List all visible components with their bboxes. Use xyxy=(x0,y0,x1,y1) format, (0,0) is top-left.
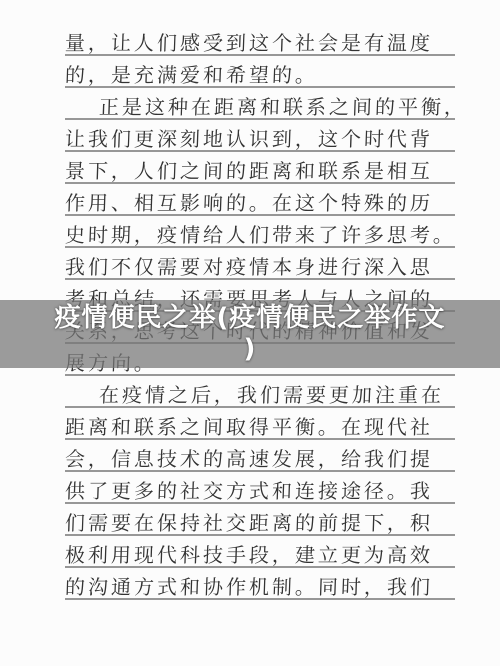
page-title: 疫情便民之举(疫情便民之举作文 xyxy=(55,303,446,334)
essay-page: 量，让人们感受到这个社会是有温度 的，是充满爱和希望的。 正是这种在距离和联系之… xyxy=(0,0,500,666)
handwritten-text: 在疫情之后，我们需要更加注重在 xyxy=(99,385,445,405)
essay-line-6: 作用、相互影响的。在这个特殊的历 xyxy=(65,184,455,216)
essay-line-4: 让我们更深刻地认识到，这个时代背 xyxy=(65,120,455,152)
handwritten-text: 量，让人们感受到这个社会是有温度 xyxy=(65,33,434,53)
essay-line-1: 量，让人们感受到这个社会是有温度 xyxy=(65,24,455,56)
essay-line-15: 供了更多的社交方式和连接途径。我 xyxy=(65,472,455,504)
handwritten-text: 的，是充满爱和希望的。 xyxy=(65,65,319,85)
handwritten-text: 我们不仅需要对疫情本身进行深入思 xyxy=(65,257,434,277)
handwritten-text: 让我们更深刻地认识到，这个时代背 xyxy=(65,129,434,149)
essay-line-13: 距离和联系之间取得平衡。在现代社 xyxy=(65,408,455,440)
essay-line-12: 在疫情之后，我们需要更加注重在 xyxy=(65,376,455,408)
essay-line-17: 极利用现代科技手段，建立更为高效 xyxy=(65,536,455,568)
essay-line-8: 我们不仅需要对疫情本身进行深入思 xyxy=(65,248,455,280)
handwritten-text: 的沟通方式和协作机制。同时，我们 xyxy=(65,577,434,597)
essay-line-3: 正是这种在距离和联系之间的平衡， xyxy=(65,88,455,120)
handwritten-text: 史时期，疫情给人们带来了许多思考。 xyxy=(65,225,457,245)
handwritten-text: 作用、相互影响的。在这个特殊的历 xyxy=(65,193,434,213)
handwritten-text: 极利用现代科技手段，建立更为高效 xyxy=(65,545,434,565)
essay-line-14: 会，信息技术的高速发展，给我们提 xyxy=(65,440,455,472)
essay-line-7: 史时期，疫情给人们带来了许多思考。 xyxy=(65,216,455,248)
handwritten-text: 供了更多的社交方式和连接途径。我 xyxy=(65,481,434,501)
handwritten-text: 会，信息技术的高速发展，给我们提 xyxy=(65,449,434,469)
essay-line-16: 们需要在保持社交距离的前提下，积 xyxy=(65,504,455,536)
page-title-paren: ) xyxy=(244,334,257,365)
handwritten-text: 正是这种在距离和联系之间的平衡， xyxy=(99,97,468,117)
handwritten-text: 距离和联系之间取得平衡。在现代社 xyxy=(65,417,434,437)
handwritten-text: 景下，人们之间的距离和联系是相互 xyxy=(65,161,434,181)
handwritten-text: 们需要在保持社交距离的前提下，积 xyxy=(65,513,434,533)
essay-line-18: 的沟通方式和协作机制。同时，我们 xyxy=(65,568,455,600)
essay-line-2: 的，是充满爱和希望的。 xyxy=(65,56,455,88)
essay-line-5: 景下，人们之间的距离和联系是相互 xyxy=(65,152,455,184)
title-overlay: 疫情便民之举(疫情便民之举作文 ) xyxy=(0,300,500,368)
